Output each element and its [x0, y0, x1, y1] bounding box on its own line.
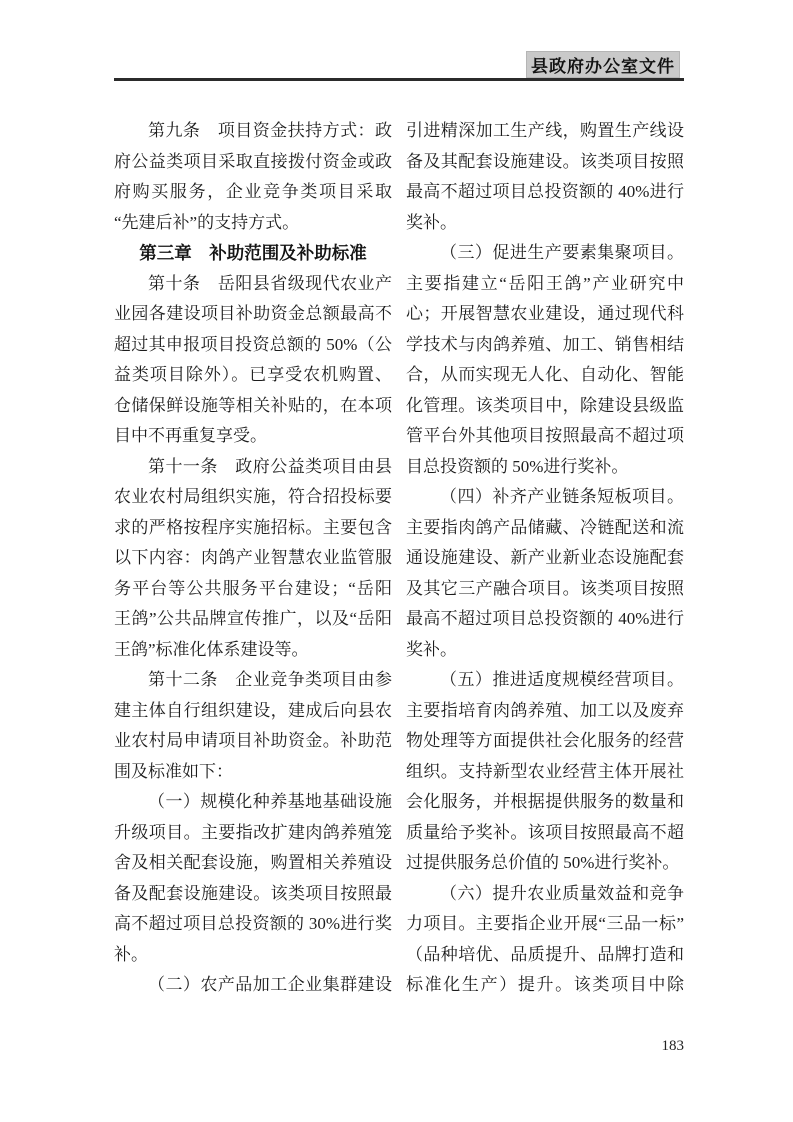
column-right: 引进精深加工生产线，购置生产线设备及其配套设施建设。该类项目按照最高不超过项目总…: [406, 116, 684, 1002]
paragraph-item-2-start: （二）农产品加工企业集群建设项目。主要指新、改扩建肉鸽加工厂房，: [114, 970, 392, 1002]
paragraph-article-10: 第十条 岳阳县省级现代农业产业园各建设项目补助资金总额最高不超过其申报项目投资总…: [114, 269, 392, 452]
page-number: 183: [662, 1038, 685, 1055]
chapter-heading: 第三章 补助范围及补助标准: [114, 238, 392, 269]
column-left: 第九条 项目资金扶持方式：政府公益类项目采取直接拨付资金或政府购买服务，企业竞争…: [114, 116, 392, 1002]
document-header-label: 县政府办公室文件: [526, 51, 680, 78]
content-columns: 第九条 项目资金扶持方式：政府公益类项目采取直接拨付资金或政府购买服务，企业竞争…: [114, 116, 684, 1002]
paragraph-item-2-continuation: 引进精深加工生产线，购置生产线设备及其配套设施建设。该类项目按照最高不超过项目总…: [406, 116, 684, 238]
paragraph-item-1: （一）规模化种养基地基础设施升级项目。主要指改扩建肉鸽养殖笼舍及相关配套设施，购…: [114, 787, 392, 970]
document-page: 县政府办公室文件 第九条 项目资金扶持方式：政府公益类项目采取直接拨付资金或政府…: [0, 0, 793, 1122]
paragraph-article-9: 第九条 项目资金扶持方式：政府公益类项目采取直接拨付资金或政府购买服务，企业竞争…: [114, 116, 392, 238]
paragraph-article-12: 第十二条 企业竞争类项目由参建主体自行组织建设，建成后向县农业农村局申请项目补助…: [114, 665, 392, 787]
paragraph-item-6-start: （六）提升农业质量效益和竞争力项目。主要指企业开展“三品一标”（品种培优、品质提…: [406, 879, 684, 1003]
paragraph-item-5: （五）推进适度规模经营项目。主要指培育肉鸽养殖、加工以及废弃物处理等方面提供社会…: [406, 665, 684, 879]
paragraph-item-3: （三）促进生产要素集聚项目。主要指建立“岳阳王鸽”产业研究中心；开展智慧农业建设…: [406, 238, 684, 482]
header-rule-line: [114, 78, 684, 81]
paragraph-item-4: （四）补齐产业链条短板项目。主要指肉鸽产品储藏、冷链配送和流通设施建设、新产业新…: [406, 482, 684, 665]
paragraph-article-11: 第十一条 政府公益类项目由县农业农村局组织实施，符合招投标要求的严格按程序实施招…: [114, 452, 392, 666]
